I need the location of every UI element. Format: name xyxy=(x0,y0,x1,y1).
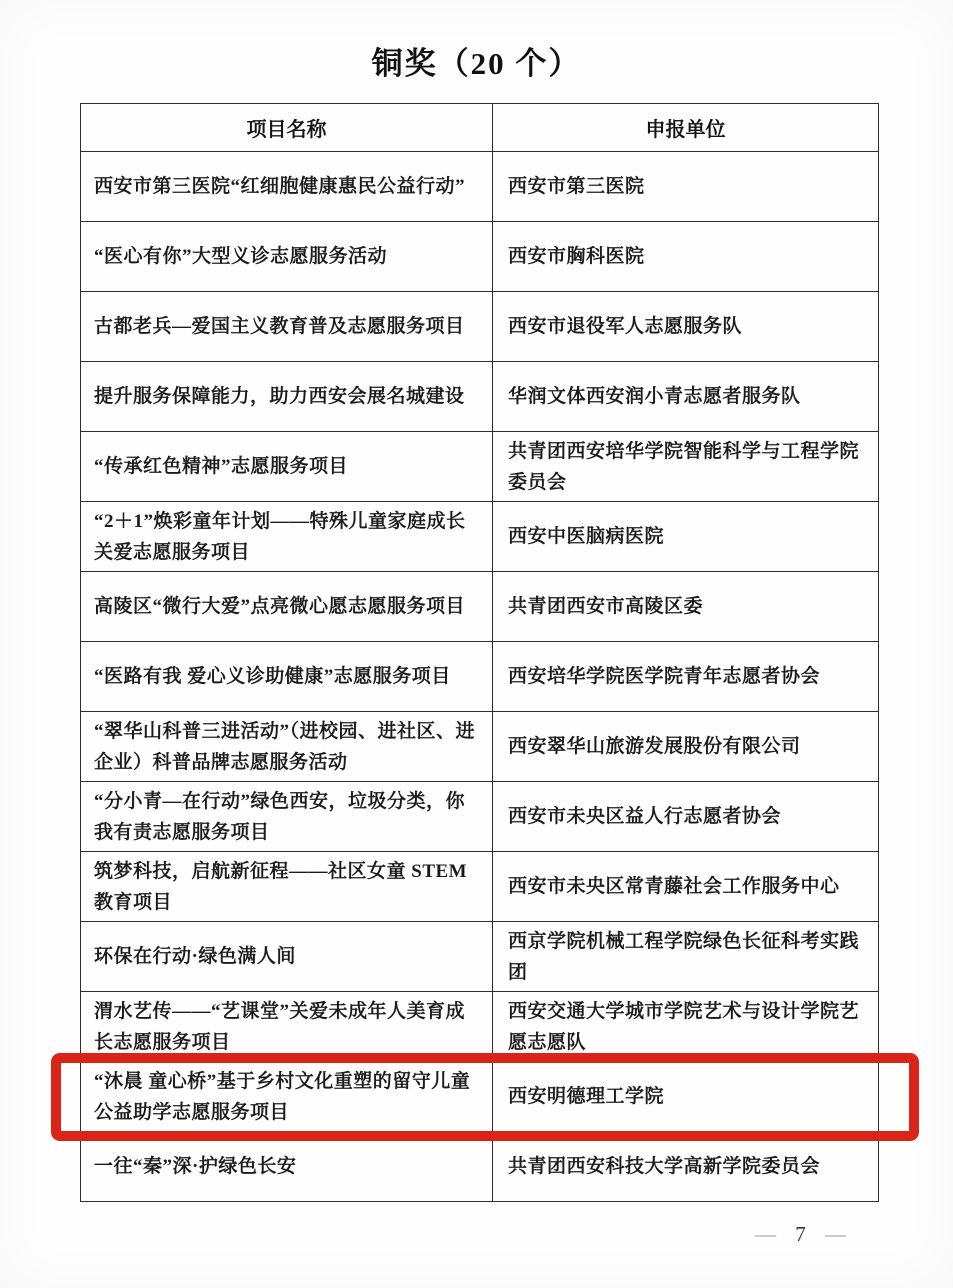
unit-cell: 共青团西安培华学院智能科学与工程学院委员会 xyxy=(493,432,879,502)
table-body: 西安市第三医院“红细胞健康惠民公益行动” 西安市第三医院 “医心有你”大型义诊志… xyxy=(81,152,879,1202)
project-cell: 一往“秦”深·护绿色长安 xyxy=(81,1132,493,1202)
table-row: “2＋1”焕彩童年计划——特殊儿童家庭成长关爱志愿服务项目 西安中医脑病医院 xyxy=(81,502,879,572)
column-header-project: 项目名称 xyxy=(81,104,493,152)
unit-cell: 西安市退役军人志愿服务队 xyxy=(493,292,879,362)
project-cell: 高陵区“微行大爱”点亮微心愿志愿服务项目 xyxy=(81,572,493,642)
unit-cell: 西安中医脑病医院 xyxy=(493,502,879,572)
unit-cell: 西京学院机械工程学院绿色长征科考实践团 xyxy=(493,922,879,992)
project-cell: 环保在行动·绿色满人间 xyxy=(81,922,493,992)
unit-cell: 西安培华学院医学院青年志愿者协会 xyxy=(493,642,879,712)
table-row: 高陵区“微行大爱”点亮微心愿志愿服务项目 共青团西安市高陵区委 xyxy=(81,572,879,642)
page-title: 铜奖（20 个） xyxy=(0,0,953,83)
unit-cell: 西安市未央区常青藤社会工作服务中心 xyxy=(493,852,879,922)
unit-cell: 华润文体西安润小青志愿者服务队 xyxy=(493,362,879,432)
unit-cell: 西安交通大学城市学院艺术与设计学院艺愿志愿队 xyxy=(493,992,879,1062)
table-row: 古都老兵—爱国主义教育普及志愿服务项目 西安市退役军人志愿服务队 xyxy=(81,292,879,362)
project-cell: 古都老兵—爱国主义教育普及志愿服务项目 xyxy=(81,292,493,362)
project-cell: “沐晨 童心桥”基于乡村文化重塑的留守儿童公益助学志愿服务项目 xyxy=(81,1062,493,1132)
footer-dash-right: — xyxy=(815,1222,858,1246)
project-cell: “翠华山科普三进活动”（进校园、进社区、进企业）科普品牌志愿服务活动 xyxy=(81,712,493,782)
table-row: 一往“秦”深·护绿色长安 共青团西安科技大学高新学院委员会 xyxy=(81,1132,879,1202)
project-cell: “分小青—在行动”绿色西安，垃圾分类，你我有责志愿服务项目 xyxy=(81,782,493,852)
table-row: 环保在行动·绿色满人间 西京学院机械工程学院绿色长征科考实践团 xyxy=(81,922,879,992)
table-header-row: 项目名称 申报单位 xyxy=(81,104,879,152)
table-row: “沐晨 童心桥”基于乡村文化重塑的留守儿童公益助学志愿服务项目 西安明德理工学院 xyxy=(81,1062,879,1132)
unit-cell: 西安市胸科医院 xyxy=(493,222,879,292)
footer-page-number: 7 xyxy=(795,1222,808,1246)
unit-cell: 西安明德理工学院 xyxy=(493,1062,879,1132)
page-footer: — 7 — xyxy=(745,1222,858,1247)
table-row: “医心有你”大型义诊志愿服务活动 西安市胸科医院 xyxy=(81,222,879,292)
table-row: “分小青—在行动”绿色西安，垃圾分类，你我有责志愿服务项目 西安市未央区益人行志… xyxy=(81,782,879,852)
unit-cell: 西安市未央区益人行志愿者协会 xyxy=(493,782,879,852)
project-cell: “传承红色精神”志愿服务项目 xyxy=(81,432,493,502)
awards-table: 项目名称 申报单位 西安市第三医院“红细胞健康惠民公益行动” 西安市第三医院 “… xyxy=(80,103,879,1202)
table-row: 西安市第三医院“红细胞健康惠民公益行动” 西安市第三医院 xyxy=(81,152,879,222)
footer-dash-left: — xyxy=(745,1222,788,1246)
project-cell: “医心有你”大型义诊志愿服务活动 xyxy=(81,222,493,292)
column-header-unit: 申报单位 xyxy=(493,104,879,152)
project-cell: 西安市第三医院“红细胞健康惠民公益行动” xyxy=(81,152,493,222)
unit-cell: 共青团西安市高陵区委 xyxy=(493,572,879,642)
table-row: 渭水艺传——“艺课堂”关爱未成年人美育成长志愿服务项目 西安交通大学城市学院艺术… xyxy=(81,992,879,1062)
project-cell: 渭水艺传——“艺课堂”关爱未成年人美育成长志愿服务项目 xyxy=(81,992,493,1062)
table-row: “医路有我 爱心义诊助健康”志愿服务项目 西安培华学院医学院青年志愿者协会 xyxy=(81,642,879,712)
project-cell: 筑梦科技，启航新征程——社区女童 STEM 教育项目 xyxy=(81,852,493,922)
project-cell: “医路有我 爱心义诊助健康”志愿服务项目 xyxy=(81,642,493,712)
table-row: “翠华山科普三进活动”（进校园、进社区、进企业）科普品牌志愿服务活动 西安翠华山… xyxy=(81,712,879,782)
project-cell: 提升服务保障能力，助力西安会展名城建设 xyxy=(81,362,493,432)
table-row: “传承红色精神”志愿服务项目 共青团西安培华学院智能科学与工程学院委员会 xyxy=(81,432,879,502)
unit-cell: 西安市第三医院 xyxy=(493,152,879,222)
unit-cell: 西安翠华山旅游发展股份有限公司 xyxy=(493,712,879,782)
project-cell: “2＋1”焕彩童年计划——特殊儿童家庭成长关爱志愿服务项目 xyxy=(81,502,493,572)
table-row: 筑梦科技，启航新征程——社区女童 STEM 教育项目 西安市未央区常青藤社会工作… xyxy=(81,852,879,922)
page: 铜奖（20 个） 项目名称 申报单位 西安市第三医院“红细胞健康惠民公益行动” … xyxy=(0,0,953,1288)
unit-cell: 共青团西安科技大学高新学院委员会 xyxy=(493,1132,879,1202)
table-row: 提升服务保障能力，助力西安会展名城建设 华润文体西安润小青志愿者服务队 xyxy=(81,362,879,432)
